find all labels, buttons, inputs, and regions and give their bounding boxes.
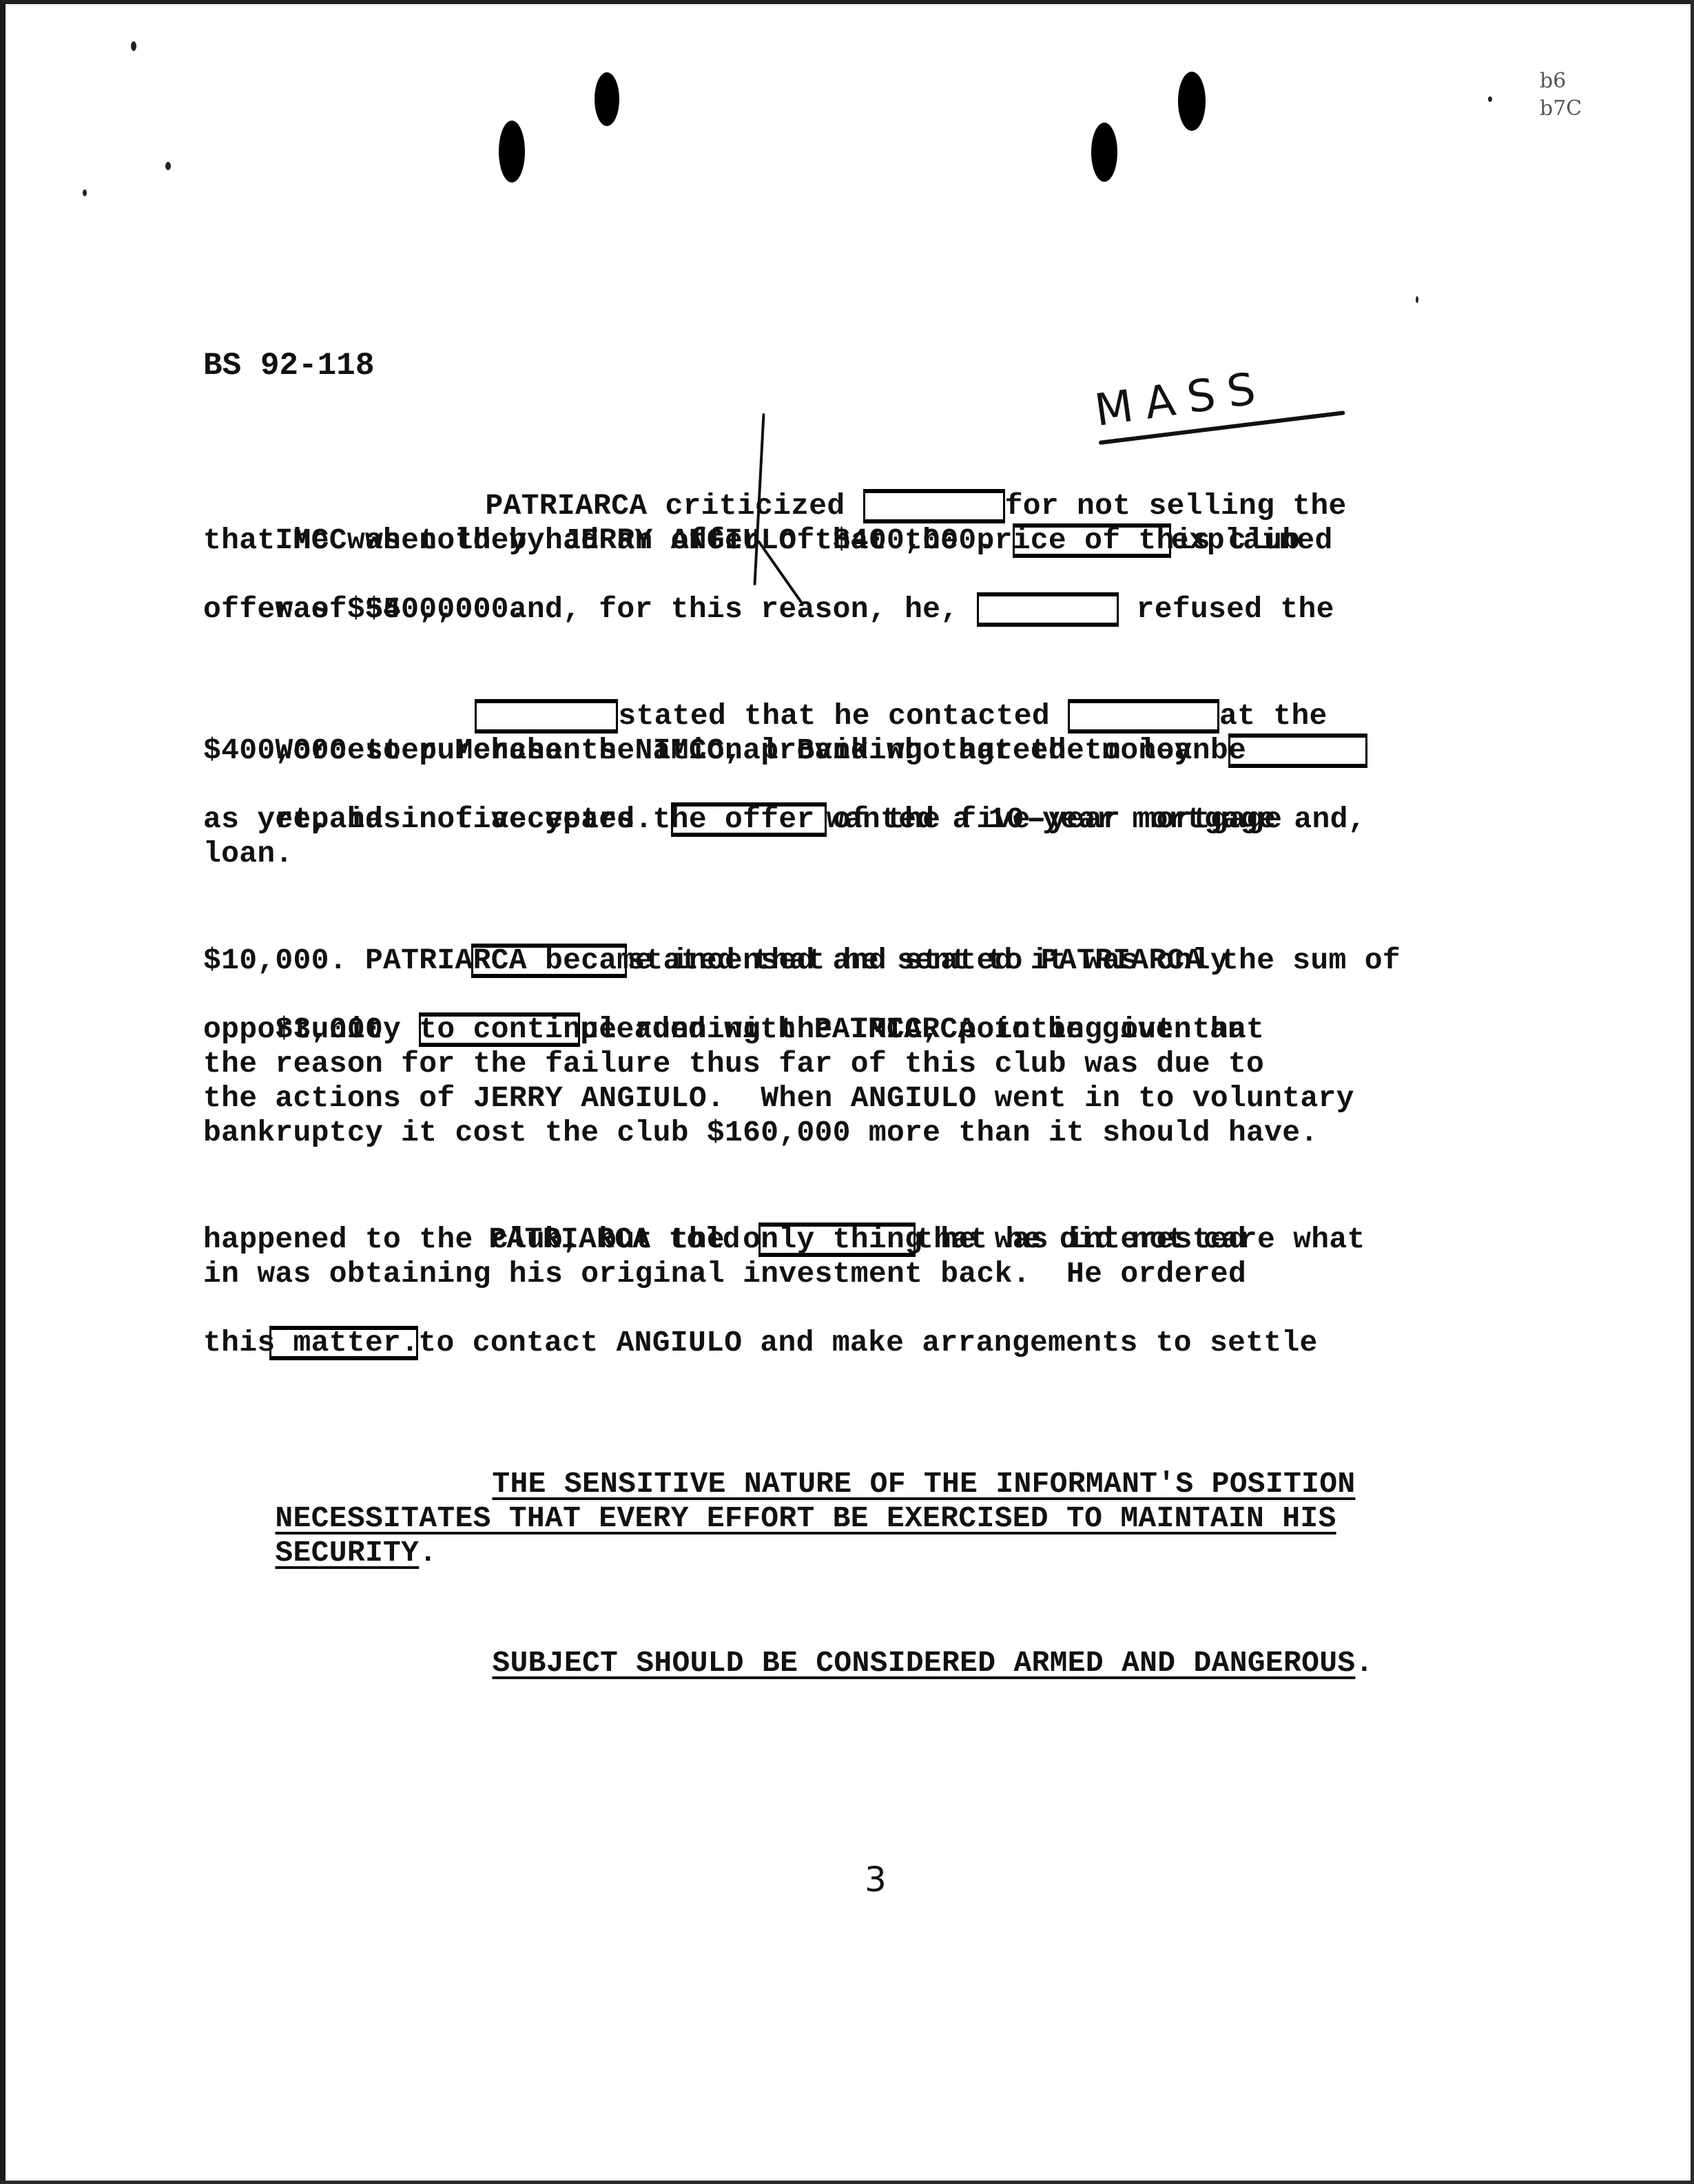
text: . — [1355, 1646, 1373, 1680]
paragraph-1-line: offer of $400,000. — [203, 592, 527, 627]
hole-punch-icon — [1178, 72, 1206, 131]
scan-speck — [165, 162, 171, 170]
paragraph-2-line: loan. — [203, 837, 293, 871]
paragraph-2-line: as yet, has not accepted the offer of th… — [203, 802, 1282, 837]
text: SUBJECT SHOULD BE CONSIDERED ARMED AND D… — [492, 1646, 1355, 1680]
scan-edge-left — [0, 0, 6, 2184]
paragraph-3-line: the actions of JERRY ANGIULO. When ANGIU… — [203, 1081, 1354, 1116]
text: refused the — [1119, 592, 1334, 626]
paragraph-3-line: bankruptcy it cost the club $160,000 mor… — [203, 1116, 1318, 1150]
scan-edge-bottom — [0, 2181, 1694, 2184]
text: to contact ANGIULO and make arrangements… — [418, 1326, 1317, 1360]
redaction-box — [1228, 734, 1367, 768]
paragraph-3-line: opportunity to continue running the IMCC… — [203, 1012, 1264, 1047]
paragraph-4-line: this matter. — [203, 1326, 419, 1360]
hole-punch-icon — [499, 121, 525, 183]
redaction-box — [977, 592, 1119, 627]
hole-punch-icon — [595, 72, 619, 126]
security-notice-line: SECURITY. — [203, 1501, 437, 1605]
text: SECURITY — [275, 1536, 419, 1570]
document-page: b6 b7C BS 92-118 MASS PATRIARCA criticiz… — [0, 0, 1694, 2184]
paragraph-4-line: in was obtaining his original investment… — [203, 1257, 1246, 1291]
scan-speck — [1416, 296, 1418, 303]
scan-speck — [131, 41, 136, 51]
file-number: BS 92-118 — [203, 348, 374, 384]
scan-speck — [1488, 96, 1492, 102]
scan-edge-right — [1691, 0, 1694, 2184]
text: . — [419, 1536, 437, 1570]
armed-dangerous-warning: SUBJECT SHOULD BE CONSIDERED ARMED AND D… — [420, 1612, 1374, 1715]
exemption-code: b7C — [1540, 96, 1582, 121]
scan-edge-top — [0, 0, 1694, 4]
exemption-code: b6 — [1540, 69, 1566, 93]
scan-speck — [83, 189, 87, 196]
paragraph-1-line: that he was told by JERRY ANGIULO that t… — [203, 523, 1300, 558]
paragraph-2-line: $400,000 to purchase the IMCC, providing… — [203, 734, 1246, 768]
paragraph-4-line: happened to the club, but the only thing… — [203, 1223, 1246, 1257]
paragraph-3-line: $10,000. PATRIARCA became incensed and s… — [203, 944, 1228, 978]
paragraph-3-line: the reason for the failure thus far of t… — [203, 1047, 1264, 1081]
hole-punch-icon — [1091, 123, 1117, 182]
page-number: 3 — [865, 1860, 887, 1900]
